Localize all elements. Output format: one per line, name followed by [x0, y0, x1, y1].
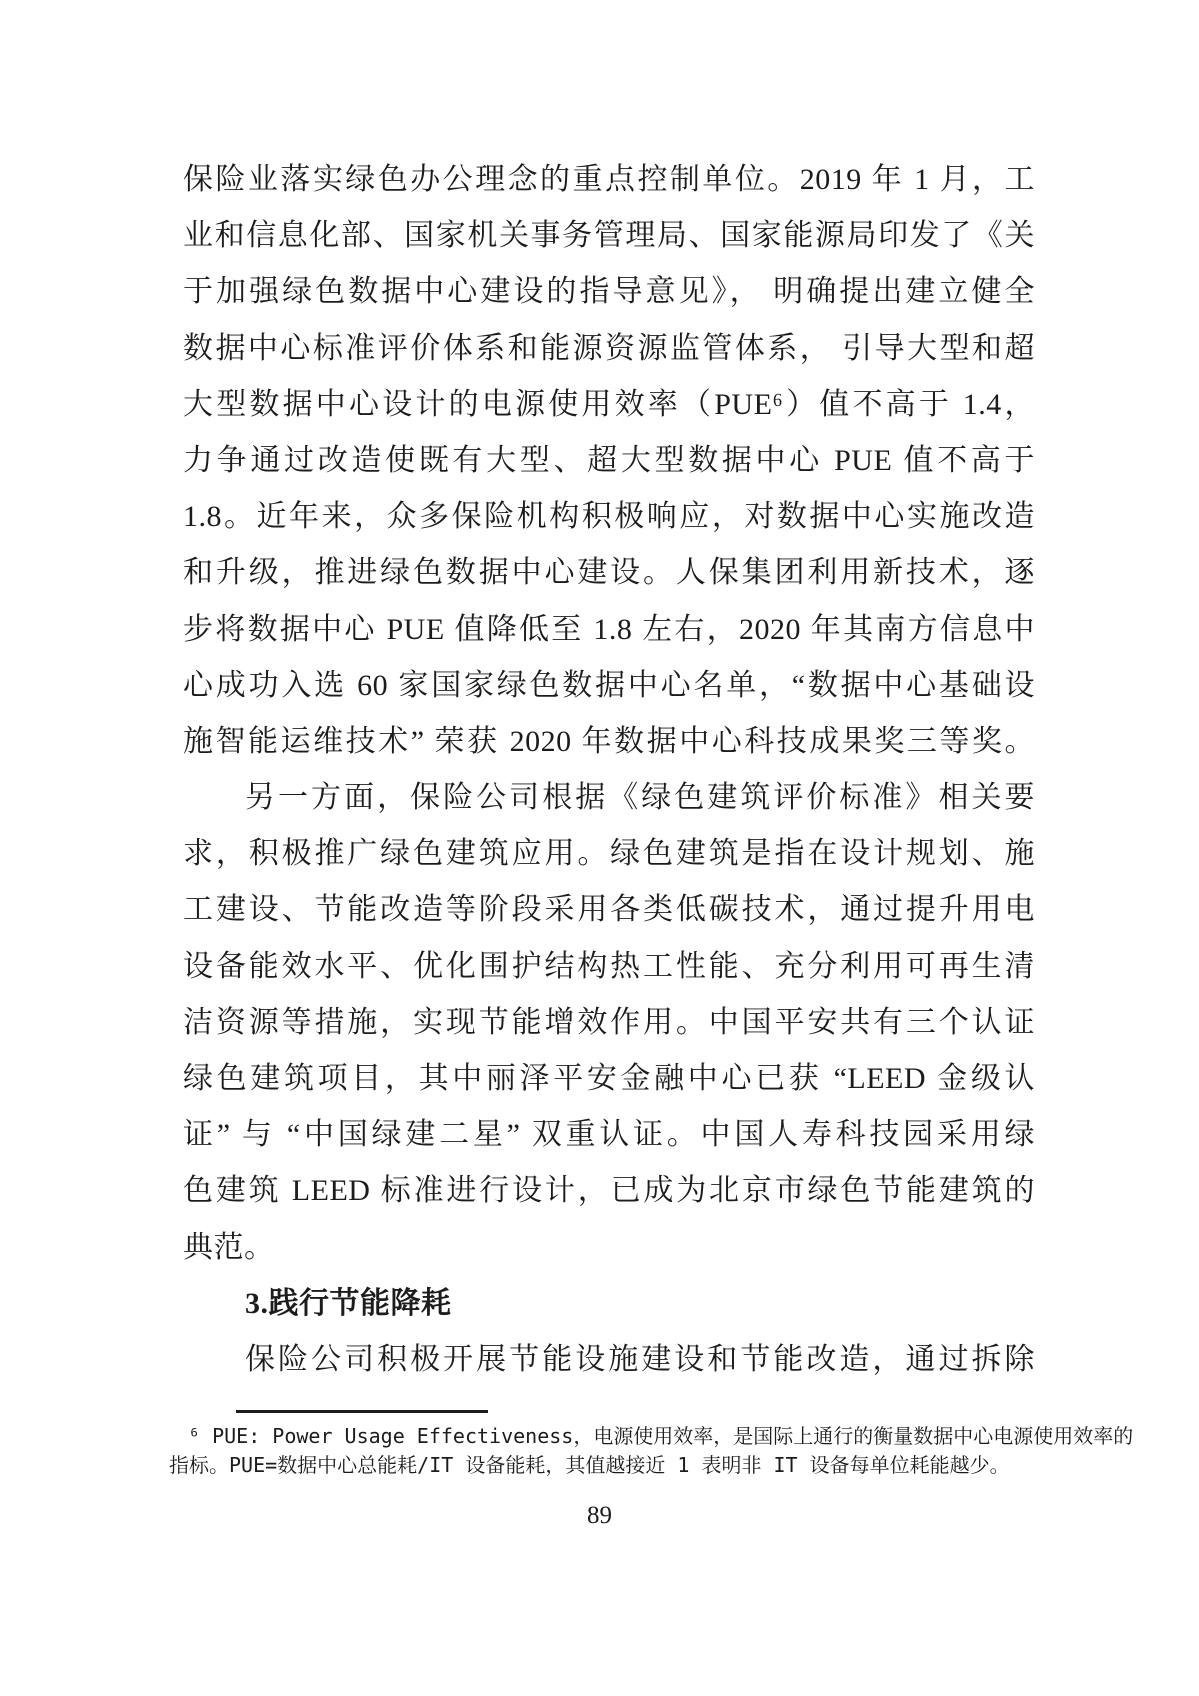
body-line: 力争通过改造使既有大型、超大型数据中心 PUE 值不高于 — [183, 433, 1035, 489]
footnote-line: ⁶ PUE: Power Usage Effectiveness，电源使用效率，… — [169, 1422, 961, 1451]
body-line: 工建设、节能改造等阶段采用各类低碳技术，通过提升用电 — [183, 882, 1035, 938]
body-line: 施智能运维技术” 荣获 2020 年数据中心科技成果奖三等奖。 — [183, 714, 1035, 770]
page-number: 89 — [0, 1501, 1199, 1531]
body-line: 数据中心标准评价体系和能源资源监管体系， 引导大型和超 — [183, 321, 1035, 377]
body-line: 证” 与 “中国绿建二星” 双重认证。中国人寿科技园采用绿 — [183, 1107, 1035, 1163]
body-line: 求，积极推广绿色建筑应用。绿色建筑是指在设计规划、施 — [183, 826, 1035, 882]
footnote-separator — [236, 1410, 488, 1413]
body-line: 大型数据中心设计的电源使用效率（PUE⁶）值不高于 1.4， — [183, 377, 1035, 433]
body-line: 典范。 — [183, 1220, 1035, 1276]
body-line: 另一方面，保险公司根据《绿色建筑评价标准》相关要 — [183, 770, 1035, 826]
body-line: 1.8。近年来，众多保险机构积极响应，对数据中心实施改造 — [183, 489, 1035, 545]
footnote-line: 指标。PUE=数据中心总能耗/IT 设备能耗，其值越接近 1 表明非 IT 设备… — [169, 1451, 961, 1480]
body-line: 绿色建筑项目，其中丽泽平安金融中心已获 “LEED 金级认 — [183, 1051, 1035, 1107]
body-text: 保险业落实绿色办公理念的重点控制单位。2019 年 1 月，工业和信息化部、国家… — [183, 152, 1035, 1388]
body-line: 于加强绿色数据中心建设的指导意见》， 明确提出建立健全 — [183, 264, 1035, 320]
body-line: 色建筑 LEED 标准进行设计，已成为北京市绿色节能建筑的 — [183, 1163, 1035, 1219]
document-page: 保险业落实绿色办公理念的重点控制单位。2019 年 1 月，工业和信息化部、国家… — [0, 0, 1199, 1696]
body-line: 保险公司积极开展节能设施建设和节能改造，通过拆除 — [183, 1332, 1035, 1388]
body-line: 步将数据中心 PUE 值降低至 1.8 左右，2020 年其南方信息中 — [183, 602, 1035, 658]
body-line: 设备能效水平、优化围护结构热工性能、充分利用可再生清 — [183, 939, 1035, 995]
body-line: 保险业落实绿色办公理念的重点控制单位。2019 年 1 月，工 — [183, 152, 1035, 208]
footnote: ⁶ PUE: Power Usage Effectiveness，电源使用效率，… — [169, 1422, 961, 1480]
body-line: 洁资源等措施，实现节能增效作用。中国平安共有三个认证 — [183, 995, 1035, 1051]
body-line: 和升级，推进绿色数据中心建设。人保集团利用新技术，逐 — [183, 545, 1035, 601]
body-line: 业和信息化部、国家机关事务管理局、国家能源局印发了《关 — [183, 208, 1035, 264]
section-heading: 3.践行节能降耗 — [183, 1276, 1035, 1332]
body-line: 心成功入选 60 家国家绿色数据中心名单，“数据中心基础设 — [183, 658, 1035, 714]
